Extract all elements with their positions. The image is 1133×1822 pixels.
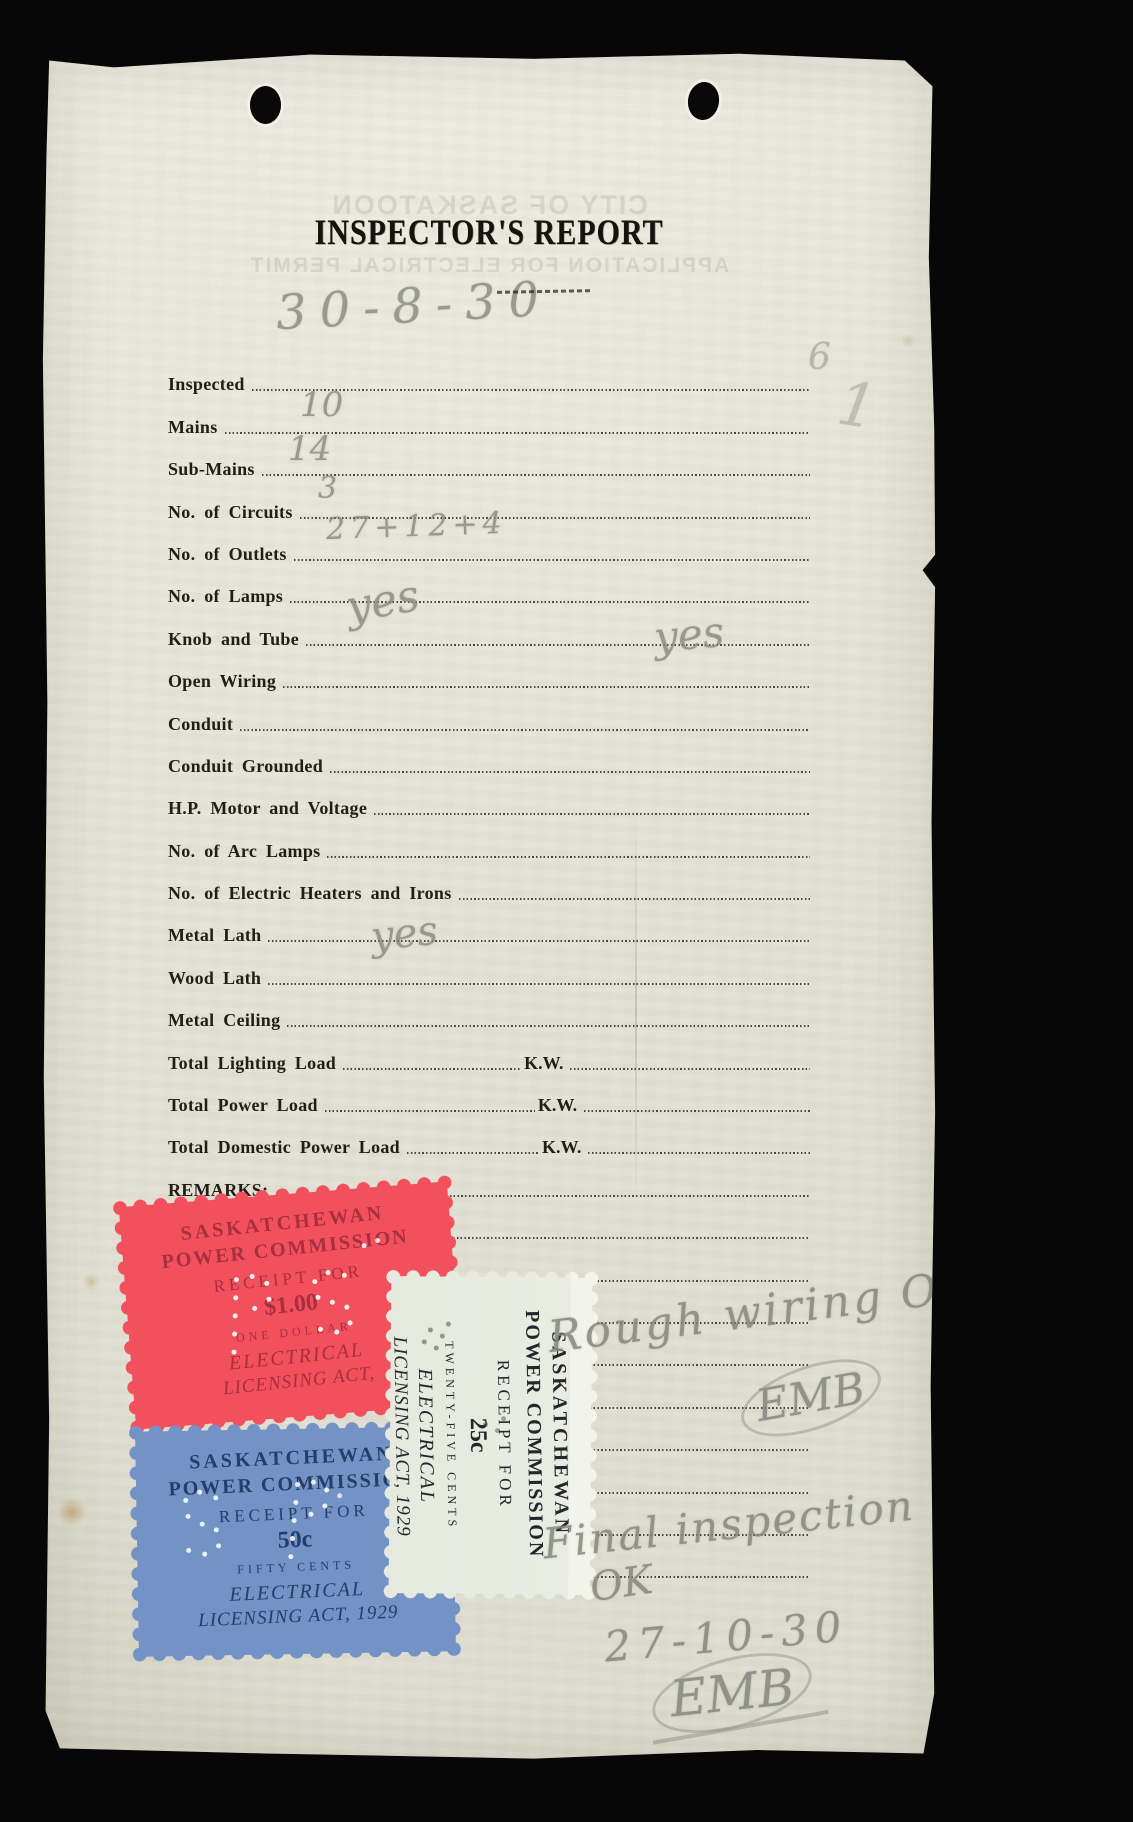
form-row: Total Domestic Power LoadK.W. [168, 1125, 810, 1167]
stamp-line: RECEIPT FOR [219, 1502, 370, 1526]
dotted-line [240, 729, 810, 731]
handwritten-entry: 6 [808, 340, 831, 376]
stamp-line: LICENSING ACT, 1929 [390, 1336, 412, 1537]
field-label: H.P. Motor and Voltage [168, 799, 367, 828]
foxing-stain [56, 1498, 88, 1526]
form-row: Mains [168, 404, 810, 446]
form-row: Metal Ceiling [168, 998, 810, 1040]
dotted-line [268, 940, 810, 942]
stamp-line: TWENTY-FIVE CENTS [443, 1341, 458, 1530]
form-row: No. of Arc Lamps [168, 828, 810, 870]
form-row: Total Lighting LoadK.W. [168, 1040, 810, 1082]
form-row: Metal Lath [168, 913, 810, 955]
page-title: INSPECTOR'S REPORT [42, 213, 936, 254]
kw-unit-label: K.W. [535, 1096, 577, 1125]
field-label: Sub-Mains [168, 460, 255, 489]
stamp-line: ELECTRICAL [229, 1579, 365, 1605]
perfin-holes [126, 1423, 131, 1428]
dotted-line [283, 686, 810, 688]
field-label: No. of Arc Lamps [168, 842, 320, 871]
document-paper: CITY OF SASKATOON APPLICATION FOR ELECTR… [42, 52, 936, 1762]
stamp-line: ONE DOLLAR [235, 1320, 352, 1344]
handwritten-entry: yes [652, 611, 726, 659]
handwritten-entry: yes [369, 911, 440, 958]
field-label: Wood Lath [168, 969, 261, 998]
stamp-line: $1.00 [263, 1290, 319, 1320]
handwritten-entry: 27+12+4 [326, 509, 508, 545]
dotted-line [294, 559, 810, 561]
dotted-line [306, 644, 810, 646]
dotted-line [268, 983, 810, 985]
form-row: Total Power LoadK.W. [168, 1083, 810, 1125]
handwritten-entry: 3 [318, 474, 337, 504]
form-row: Open Wiring [168, 659, 810, 701]
form-row: H.P. Motor and Voltage [168, 786, 810, 828]
dotted-line [407, 1152, 539, 1154]
stamp-line: RECEIPT FOR [495, 1360, 515, 1510]
dotted-line [374, 813, 810, 815]
dotted-line [325, 1110, 535, 1112]
field-label: Metal Lath [168, 926, 261, 955]
field-label: Metal Ceiling [168, 1011, 280, 1040]
stamp-line: 50c [277, 1527, 313, 1552]
handwritten-entry: 1 [834, 373, 881, 438]
punch-hole-left [250, 86, 281, 124]
field-label: Total Domestic Power Load [168, 1138, 400, 1167]
foxing-stain [82, 1274, 100, 1290]
form-row: Inspected [168, 362, 810, 404]
field-label: Conduit [168, 715, 233, 744]
perfin-holes [596, 1269, 601, 1274]
dotted-line [343, 1068, 521, 1070]
stamp-line: FIFTY CENTS [237, 1558, 355, 1575]
stamp-line: ELECTRICAL [415, 1368, 437, 1504]
dotted-line [584, 1110, 810, 1112]
punch-hole-right [686, 80, 722, 122]
dotted-line [330, 771, 810, 773]
scan-background: CITY OF SASKATOON APPLICATION FOR ELECTR… [0, 0, 1133, 1822]
field-label: Total Lighting Load [168, 1054, 336, 1083]
dotted-line [459, 898, 810, 900]
handwritten-entry: yes [343, 574, 423, 630]
stamp-line: 25c [466, 1418, 491, 1453]
dotted-line [588, 1152, 810, 1154]
kw-unit-label: K.W. [521, 1054, 563, 1083]
field-label: Conduit Grounded [168, 757, 323, 786]
field-label: No. of Circuits [168, 503, 293, 532]
form-row: Sub-Mains [168, 447, 810, 489]
stamp-line: SASKATCHEWAN [189, 1444, 394, 1473]
handwritten-entry: 10 [300, 388, 343, 422]
form-row: Conduit [168, 701, 810, 743]
handwritten-ok: OK [588, 1560, 656, 1608]
stamp-line: RECEIPT FOR [213, 1262, 364, 1295]
dotted-line [327, 856, 810, 858]
field-label: Inspected [168, 375, 245, 404]
handwritten-entry: 30-8-30 [275, 275, 553, 337]
stamp-line: POWER COMMISSION [168, 1469, 417, 1500]
form-row: Conduit Grounded [168, 744, 810, 786]
field-label: Knob and Tube [168, 630, 299, 659]
handwritten-entry: 14 [288, 432, 331, 466]
form-row: No. of Electric Heaters and Irons [168, 871, 810, 913]
dotted-line [287, 1025, 810, 1027]
field-label: Mains [168, 418, 218, 447]
dotted-line [570, 1068, 810, 1070]
form-row: Wood Lath [168, 955, 810, 997]
inspector-signature: EMB [651, 1656, 813, 1730]
field-label: No. of Lamps [168, 587, 283, 616]
stamp-line: LICENSING ACT, 1929 [198, 1603, 399, 1631]
kw-unit-label: K.W. [539, 1138, 581, 1167]
field-label: Open Wiring [168, 672, 276, 701]
foxing-stain [900, 334, 916, 348]
dotted-line [262, 474, 810, 476]
field-label: No. of Electric Heaters and Irons [168, 884, 452, 913]
field-label: Total Power Load [168, 1096, 318, 1125]
field-label: No. of Outlets [168, 545, 287, 574]
